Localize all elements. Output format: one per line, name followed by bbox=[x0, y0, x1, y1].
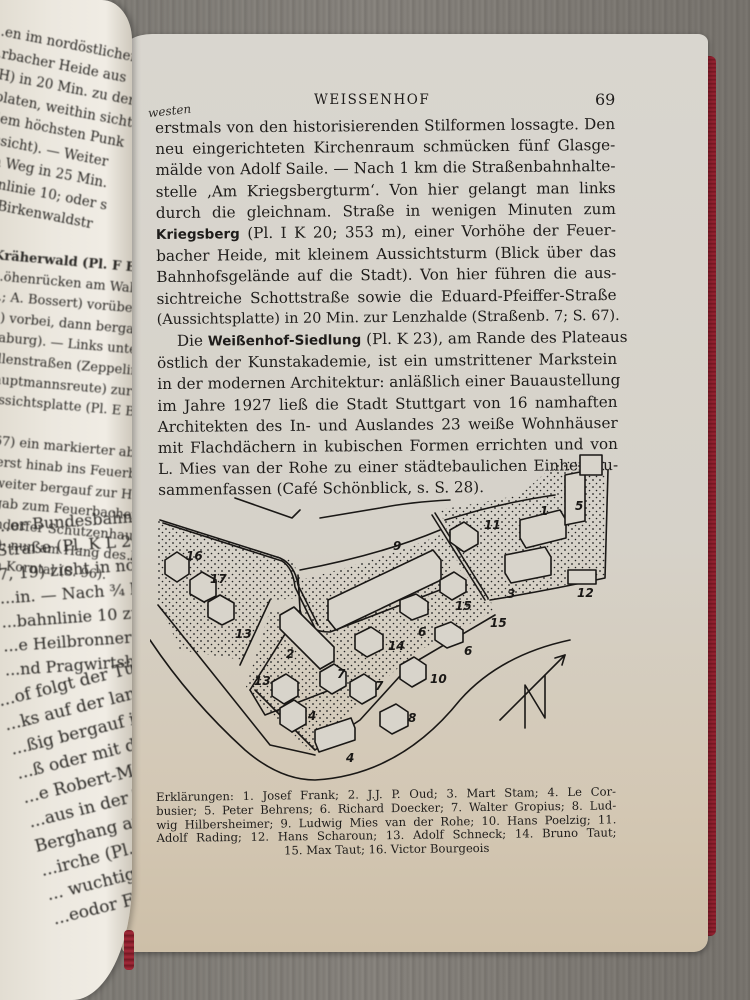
map-label: 17 bbox=[210, 572, 227, 586]
map-label: 15 bbox=[490, 616, 507, 630]
map-label: 14 bbox=[388, 639, 405, 653]
map-label: 6 bbox=[464, 644, 472, 658]
map-label: 4 bbox=[345, 751, 354, 765]
left-page-text-bottom: ...of folgt der Tür ...ks auf der langen… bbox=[0, 654, 132, 933]
running-head: WEISSENHOF bbox=[314, 92, 430, 108]
map-label: 16 bbox=[186, 549, 203, 563]
map-label: 12 bbox=[577, 586, 594, 600]
map-label: 3 bbox=[507, 587, 515, 601]
body-text: erstmals von den historisierenden Stilfo… bbox=[155, 114, 618, 502]
map-label: 7 bbox=[337, 667, 346, 681]
left-page-text-lower: ...er Bundesbahndirek Straße (Pl. K L 20… bbox=[0, 505, 132, 683]
ribbon-bookmark bbox=[124, 930, 134, 970]
map-label: 9 bbox=[393, 539, 401, 553]
map-label: 6 bbox=[418, 625, 426, 639]
map-label: 10 bbox=[430, 672, 447, 686]
map-label: 13 bbox=[254, 674, 271, 688]
map-label: 8 bbox=[408, 711, 416, 725]
map-label: 2 bbox=[286, 647, 294, 661]
left-page: ...en im nordöstlicher E ...rbacher Heid… bbox=[0, 0, 132, 1000]
bold-term-weissenhof-siedlung: Weißenhof-Siedlung bbox=[208, 332, 362, 349]
map-label: 4 bbox=[307, 709, 316, 723]
left-page-text-top: ...en im nordöstlicher E ...rbacher Heid… bbox=[0, 20, 132, 261]
figure-caption: Erklärungen: 1. Josef Frank; 2. J.J. P. … bbox=[156, 785, 617, 860]
map-label: 11 bbox=[484, 518, 501, 532]
bold-term-kriegsberg: Kriegsberg bbox=[156, 226, 240, 243]
map-label: 15 bbox=[455, 599, 472, 613]
map-label: 13 bbox=[235, 627, 252, 641]
weissenhof-site-map: 16 17 13 9 11 1 5 2 14 15 15 6 6 3 12 13… bbox=[150, 450, 620, 785]
page-number: 69 bbox=[595, 90, 615, 109]
map-label: 1 bbox=[540, 504, 548, 518]
map-label: 5 bbox=[575, 499, 583, 513]
map-label: 7 bbox=[375, 679, 384, 693]
